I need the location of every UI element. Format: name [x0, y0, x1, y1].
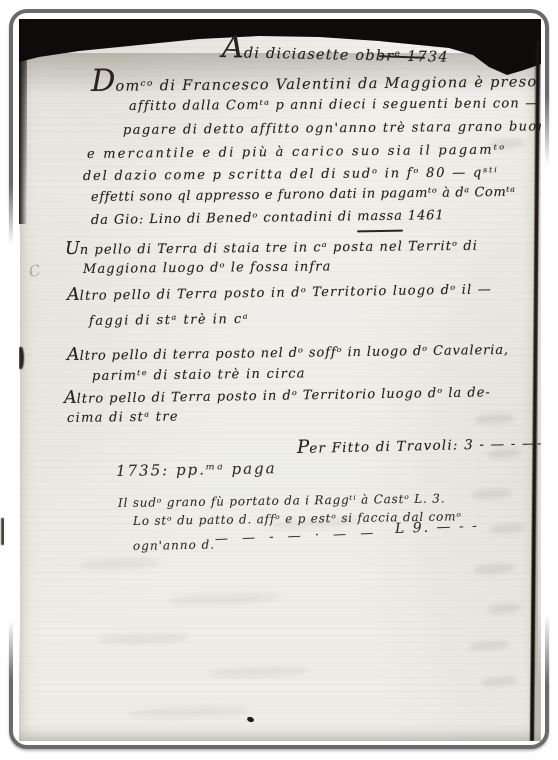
bleed-through-mark — [79, 558, 159, 571]
handwritten-line: del dazio come p scritta del di sudᵒ in … — [83, 165, 499, 185]
bleed-through-mark — [487, 603, 522, 615]
bleed-through-mark — [474, 413, 515, 426]
handwritten-line: faggi di stᵃ trè in cᵃ — [89, 312, 249, 330]
manuscript-scan-page: C Adi diciasette obbrᵉ 1734 Domᶜᵒ di Fra… — [19, 19, 541, 741]
handwritten-line: Maggiona luogo dᵒ le fossa infra — [83, 259, 332, 278]
handwritten-line: Domᶜᵒ di Francesco Valentini da Maggiona… — [91, 58, 541, 101]
handwritten-line: Altro pello di Terra posto in dᵒ Territo… — [67, 278, 492, 307]
handwritten-line: e mercantile e di più à carico suo sia i… — [87, 143, 507, 164]
bleed-through-mark — [474, 563, 515, 576]
handwritten-line: Altro pello di Terra posto in dᵒ Territo… — [64, 381, 491, 410]
bleed-through-mark — [169, 592, 279, 606]
margin-mark: C — [27, 261, 42, 281]
bleed-through-mark — [489, 522, 526, 534]
handwritten-line: effetti sono ql appresso e furono dati i… — [91, 185, 516, 206]
amount-underline — [357, 230, 403, 233]
bleed-through-mark — [481, 675, 518, 687]
payment-amount: L 9. — ‑ ‑ — [395, 518, 479, 538]
handwritten-line: Altro pello di terra posto nel dᵒ soffᵒ … — [67, 339, 509, 367]
scan-left-blemish — [19, 347, 24, 369]
handwritten-line: cima di stᵃ tre — [67, 409, 179, 427]
bleed-through-mark — [469, 640, 510, 652]
handwritten-line: affitto dalla Comᵗᵃ p anni dieci i segue… — [129, 96, 540, 115]
ink-speck — [246, 716, 254, 723]
bleed-through-mark — [129, 705, 249, 719]
bleed-through-mark — [471, 488, 512, 501]
handwritten-line: Un pello di Terra di staia tre in cᵃ pos… — [65, 235, 478, 261]
payment-dashes: — — ‑ — · — — — [215, 526, 379, 549]
handwritten-line: da Gio: Lino di Benedᵒ contadini di mass… — [91, 208, 445, 229]
payment-year-line: 1735: pp.ᵐᵃ paga — [116, 459, 277, 481]
frame-fade-left — [4, 185, 20, 680]
payment-note-line: Il sudᵒ grano fù portato da i Raggᵗⁱ à C… — [118, 491, 445, 511]
handwritten-line: parimᵗᵉ di staio trè in circa — [92, 366, 306, 385]
scan-dark-left-edge — [19, 19, 27, 224]
bleed-through-mark — [99, 632, 189, 645]
payment-note-line: ogn'anno d. — [133, 538, 215, 554]
bleed-through-mark — [209, 665, 309, 678]
manuscript-viewer: C Adi diciasette obbrᵉ 1734 Domᶜᵒ di Fra… — [0, 0, 558, 760]
handwritten-line: pagare di detto affitto ogn'anno trè sta… — [123, 119, 541, 139]
